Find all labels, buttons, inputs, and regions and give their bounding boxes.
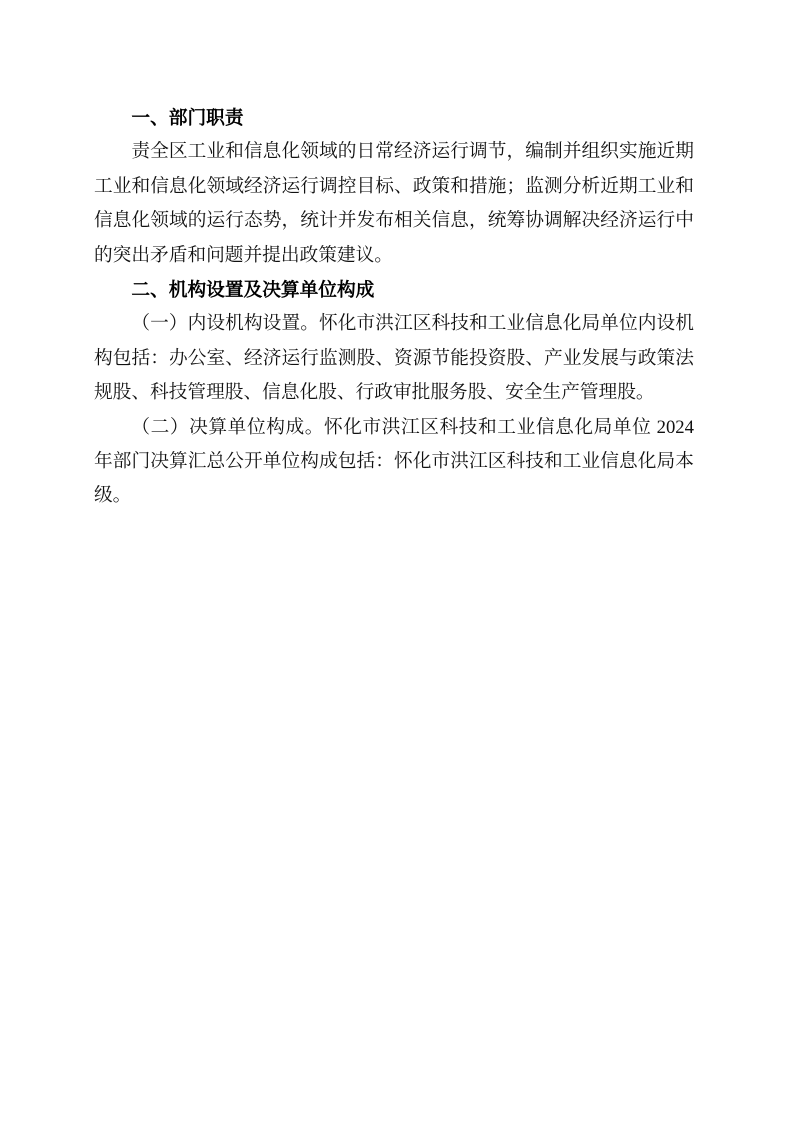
paragraph-duties: 责全区工业和信息化领域的日常经济运行调节，编制并组织实施近期工业和信息化领域经济… [94,135,694,273]
section-heading-duties: 一、部门职责 [94,101,694,135]
paragraph-internal-structure: （一）内设机构设置。怀化市洪江区科技和工业信息化局单位内设机构包括：办公室、经济… [94,307,694,410]
document-body: 一、部门职责 责全区工业和信息化领域的日常经济运行调节，编制并组织实施近期工业和… [94,101,694,514]
document-page: 一、部门职责 责全区工业和信息化领域的日常经济运行调节，编制并组织实施近期工业和… [0,0,793,1122]
section-heading-organization: 二、机构设置及决算单位构成 [94,273,694,307]
paragraph-budget-units: （二）决算单位构成。怀化市洪江区科技和工业信息化局单位 2024 年部门决算汇总… [94,411,694,514]
